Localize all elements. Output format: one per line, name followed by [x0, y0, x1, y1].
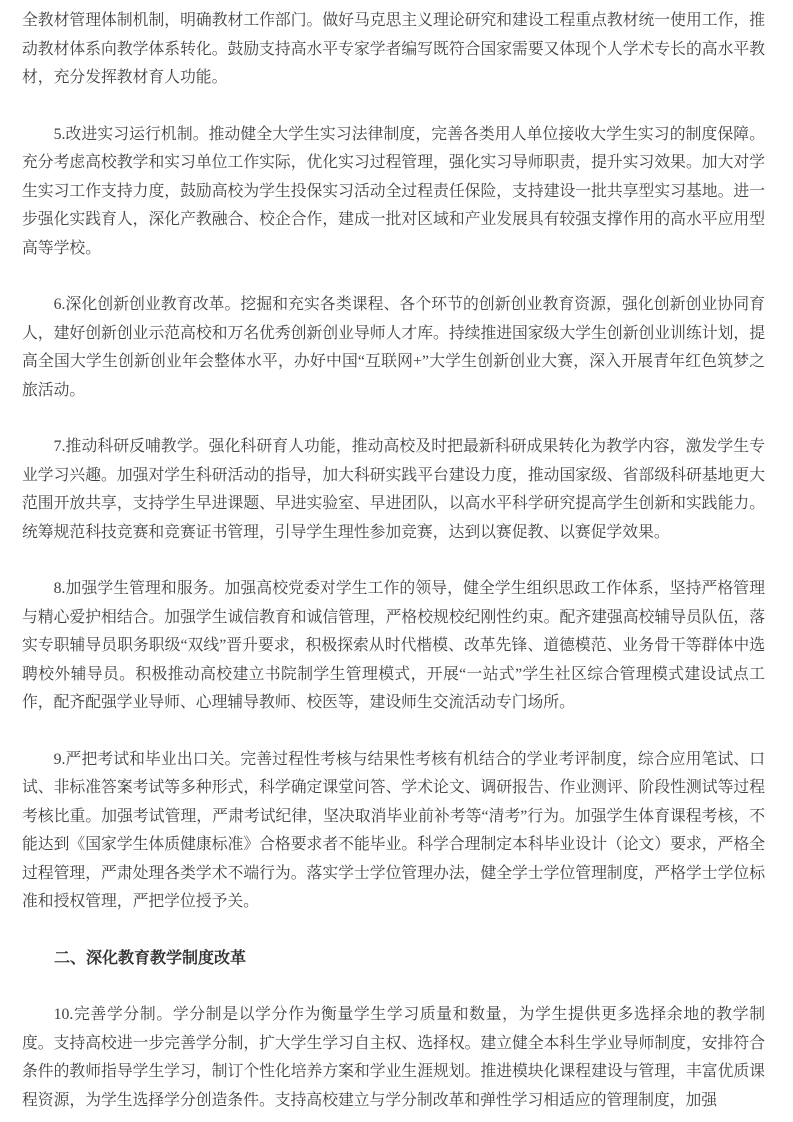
paragraph-10-credit-system: 10.完善学分制。学分制是以学分作为衡量学生学习质量和数量，为学生提供更多选择余…: [22, 1001, 765, 1115]
section-heading-education-teaching-system-reform: 二、深化教育教学制度改革: [22, 945, 765, 974]
paragraph-textbook-system-continuation: 全教材管理体制机制，明确教材工作部门。做好马克思主义理论研究和建设工程重点教材统…: [22, 7, 765, 93]
paragraph-8-student-management-service: 8.加强学生管理和服务。加强高校党委对学生工作的领导，健全学生组织思政工作体系，…: [22, 575, 765, 718]
document-page: 全教材管理体制机制，明确教材工作部门。做好马克思主义理论研究和建设工程重点教材统…: [0, 0, 793, 1122]
paragraph-7-research-feeds-teaching: 7.推动科研反哺教学。强化科研育人功能，推动高校及时把最新科研成果转化为教学内容…: [22, 433, 765, 547]
paragraph-9-exam-graduation-gate: 9.严把考试和毕业出口关。完善过程性考核与结果性考核有机结合的学业考评制度，综合…: [22, 746, 765, 917]
paragraph-5-internship-mechanism: 5.改进实习运行机制。推动健全大学生实习法律制度，完善各类用人单位接收大学生实习…: [22, 121, 765, 264]
paragraph-6-innovation-entrepreneurship-education: 6.深化创新创业教育改革。挖掘和充实各类课程、各个环节的创新创业教育资源，强化创…: [22, 291, 765, 405]
